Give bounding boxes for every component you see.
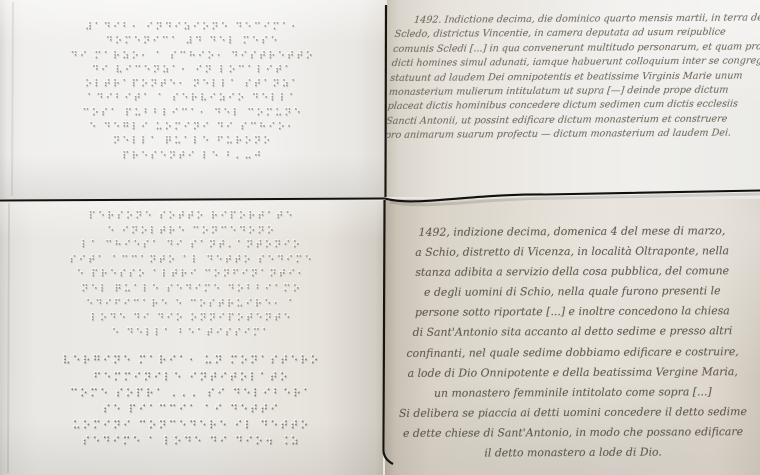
- braille-line: ⠑ ⠙⠑⠇⠇⠁ ⠃⠑⠁⠞⠊⠎⠎⠊⠍⠁: [0, 327, 383, 342]
- manuscript-line: confinanti, nel quale sedime dobbiamo ed…: [385, 342, 760, 364]
- manuscript-line: a lode di Dio Onnipotente e della beatis…: [385, 362, 760, 384]
- braille-line: ⠇⠕⠙⠑ ⠙⠊ ⠙⠊⠕ ⠕⠝⠝⠊⠏⠕⠞⠑⠝⠞⠑: [0, 312, 383, 327]
- manuscript-line: di Sant'Antonio sita accanto al detto se…: [385, 321, 760, 343]
- braille-text-block: ⠧⠑⠗⠛⠊⠝⠑ ⠍⠁⠗⠊⠁⠂ ⠥⠝ ⠍⠕⠝⠁⠎⠞⠑⠗⠕ ⠋⠑⠍⠍⠊⠝⠊⠇⠑ ⠊⠝…: [0, 341, 383, 450]
- manuscript-line: pro animarum suarum profectu — dictum mo…: [387, 127, 748, 144]
- manuscript-page-latin: 1492. Indictione decima, die dominico qu…: [387, 0, 760, 197]
- braille-line: ⠝⠑⠇⠇⠁ ⠟⠥⠁⠇⠑ ⠋⠥⠗⠕⠝⠕: [0, 135, 385, 149]
- book-photo: ⠼⠁⠙⠊⠃⠂ ⠊⠝⠙⠊⠵⠊⠕⠝⠑ ⠙⠑⠉⠊⠍⠁⠂ ⠙⠕⠍⠑⠝⠊⠉⠁ ⠼⠙ ⠙⠑⠇…: [0, 0, 760, 475]
- manuscript-page-italian: 1492, indizione decima, domenica 4 del m…: [385, 199, 760, 475]
- braille-page-bottom: ⠏⠑⠗⠎⠕⠝⠑ ⠎⠕⠞⠞⠕ ⠗⠊⠏⠕⠗⠞⠁⠞⠑ ⠑ ⠊⠝⠕⠇⠞⠗⠑ ⠉⠕⠝⠉⠑⠙…: [0, 201, 383, 475]
- manuscript-line: a Schio, distretto di Vicenza, in locali…: [385, 241, 760, 263]
- braille-line: ⠉⠕⠎⠁ ⠏⠥⠃⠃⠇⠊⠉⠁⠂ ⠙⠑⠇ ⠉⠕⠍⠥⠝⠑: [0, 107, 385, 121]
- braille-line: ⠎⠑⠙⠊⠍⠑ ⠁ ⠇⠕⠙⠑ ⠙⠊ ⠙⠊⠕⠲ ⠨⠵: [0, 434, 383, 450]
- braille-line: ⠝⠑⠇ ⠟⠥⠁⠇⠑ ⠎⠑⠙⠊⠍⠑ ⠙⠕⠃⠃⠊⠁⠍⠕: [0, 283, 383, 298]
- braille-line: ⠋⠑⠍⠍⠊⠝⠊⠇⠑ ⠊⠝⠞⠊⠞⠕⠇⠁⠞⠕: [0, 370, 383, 386]
- braille-text-block: ⠏⠑⠗⠎⠕⠝⠑ ⠎⠕⠞⠞⠕ ⠗⠊⠏⠕⠗⠞⠁⠞⠑ ⠑ ⠊⠝⠕⠇⠞⠗⠑ ⠉⠕⠝⠉⠑⠙…: [0, 201, 383, 341]
- manuscript-line: e dette chiese di Sant'Antonio, in modo …: [385, 422, 760, 444]
- braille-page-top: ⠼⠁⠙⠊⠃⠂ ⠊⠝⠙⠊⠵⠊⠕⠝⠑ ⠙⠑⠉⠊⠍⠁⠂ ⠙⠕⠍⠑⠝⠊⠉⠁ ⠼⠙ ⠙⠑⠇…: [0, 0, 385, 199]
- braille-line: ⠏⠗⠑⠎⠑⠝⠞⠊ ⠇⠑ ⠃⠄⠤⠚: [0, 150, 385, 164]
- braille-line: ⠇⠁ ⠉⠓⠊⠑⠎⠁ ⠙⠊ ⠎⠁⠝⠞⠄⠁⠝⠞⠕⠝⠊⠕: [0, 239, 383, 254]
- braille-line: ⠁⠙⠊⠃⠊⠞⠁ ⠁ ⠎⠑⠗⠧⠊⠵⠊⠕ ⠙⠑⠇⠇⠁: [0, 92, 385, 106]
- braille-line: ⠏⠑⠗⠎⠕⠝⠑ ⠎⠕⠞⠞⠕ ⠗⠊⠏⠕⠗⠞⠁⠞⠑: [0, 210, 383, 225]
- manuscript-line: un monastero femminile intitolato come s…: [385, 382, 760, 404]
- braille-line: ⠑ ⠙⠑⠛⠇⠊ ⠥⠕⠍⠊⠝⠊ ⠙⠊ ⠎⠉⠓⠊⠕⠂: [0, 121, 385, 135]
- manuscript-line: stanza adibita a servizio della cosa pub…: [385, 261, 760, 283]
- braille-line: ⠎⠊⠞⠁ ⠁⠉⠉⠁⠝⠞⠕ ⠁⠇ ⠙⠑⠞⠞⠕ ⠎⠑⠙⠊⠍⠑: [0, 254, 383, 269]
- braille-line: ⠎⠑ ⠏⠊⠁⠉⠉⠊⠁ ⠁⠊ ⠙⠑⠞⠞⠊: [0, 402, 383, 418]
- braille-line: ⠙⠊ ⠧⠊⠉⠑⠝⠵⠁⠂ ⠊⠝ ⠇⠕⠉⠁⠇⠊⠞⠁: [0, 64, 385, 78]
- braille-line: ⠥⠕⠍⠊⠝⠊ ⠉⠕⠝⠉⠑⠙⠑⠗⠑ ⠊⠇ ⠙⠑⠞⠞⠕: [0, 418, 383, 434]
- braille-line: ⠙⠊ ⠍⠁⠗⠵⠕⠂ ⠁ ⠎⠉⠓⠊⠕⠂ ⠙⠊⠎⠞⠗⠑⠞⠞⠕: [0, 50, 385, 64]
- braille-line: ⠼⠁⠙⠊⠃⠂ ⠊⠝⠙⠊⠵⠊⠕⠝⠑ ⠙⠑⠉⠊⠍⠁⠂: [0, 21, 385, 35]
- manuscript-line: Si delibera se piaccia ai detti uomini c…: [385, 402, 760, 424]
- manuscript-line: 1492, indizione decima, domenica 4 del m…: [385, 221, 760, 243]
- braille-line: ⠑ ⠊⠝⠕⠇⠞⠗⠑ ⠉⠕⠝⠉⠑⠙⠕⠝⠕: [0, 225, 383, 240]
- braille-text-block: ⠼⠁⠙⠊⠃⠂ ⠊⠝⠙⠊⠵⠊⠕⠝⠑ ⠙⠑⠉⠊⠍⠁⠂ ⠙⠕⠍⠑⠝⠊⠉⠁ ⠼⠙ ⠙⠑⠇…: [0, 0, 385, 164]
- braille-line: ⠑ ⠏⠗⠑⠎⠎⠕ ⠁⠇⠞⠗⠊ ⠉⠕⠝⠋⠊⠝⠁⠝⠞⠊⠂: [0, 268, 383, 283]
- manuscript-line: il detto monastero a lode di Dio.: [386, 442, 760, 464]
- braille-line: ⠕⠇⠞⠗⠁⠏⠕⠝⠞⠑⠂ ⠝⠑⠇⠇⠁ ⠎⠞⠁⠝⠵⠁: [0, 78, 385, 92]
- braille-line: ⠉⠕⠍⠑ ⠎⠕⠏⠗⠁ ⠄⠄⠄ ⠎⠊ ⠙⠑⠇⠊⠃⠑⠗⠁: [0, 386, 383, 402]
- braille-line: ⠑⠙⠊⠋⠊⠉⠁⠗⠑ ⠑ ⠉⠕⠎⠞⠗⠥⠊⠗⠑⠂ ⠁: [0, 298, 383, 313]
- manuscript-line: e degli uomini di Schio, nella quale fur…: [385, 281, 760, 303]
- manuscript-line: persone sotto riportate [...] e inoltre …: [385, 301, 760, 323]
- italian-text-block: 1492, indizione decima, domenica 4 del m…: [385, 199, 760, 464]
- latin-text-block: 1492. Indictione decima, die dominico qu…: [387, 0, 760, 144]
- braille-line: ⠙⠕⠍⠑⠝⠊⠉⠁ ⠼⠙ ⠙⠑⠇ ⠍⠑⠎⠑: [0, 35, 385, 49]
- braille-line: ⠧⠑⠗⠛⠊⠝⠑ ⠍⠁⠗⠊⠁⠂ ⠥⠝ ⠍⠕⠝⠁⠎⠞⠑⠗⠕: [0, 353, 383, 369]
